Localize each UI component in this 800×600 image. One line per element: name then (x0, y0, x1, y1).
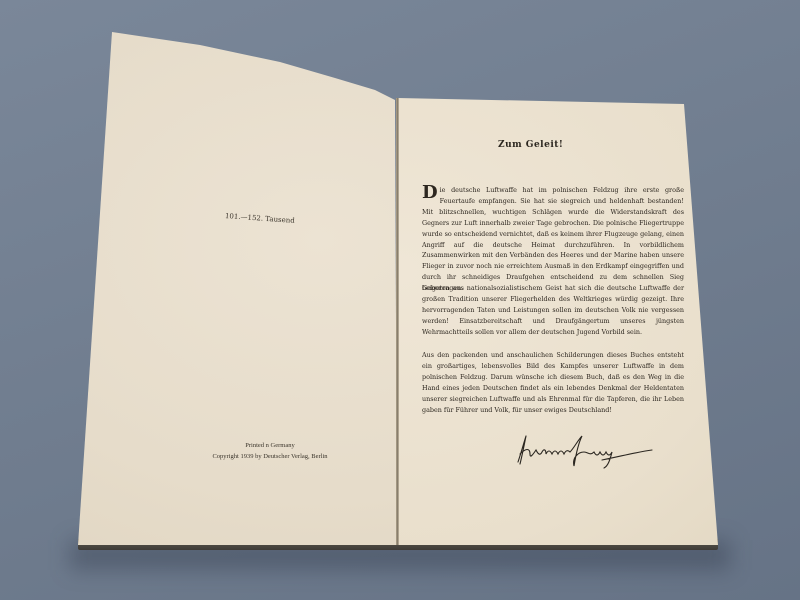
paragraph-text: Geboren aus nationalsozialistischem Geis… (422, 284, 684, 336)
paragraph-text: Aus den packenden und anschaulichen Schi… (422, 351, 684, 414)
page-heading: Zum Geleit! (498, 140, 563, 150)
paragraph-1: Die deutsche Luftwaffe hat im polnischen… (422, 185, 684, 294)
book-gutter (396, 98, 399, 545)
drop-cap: D (422, 185, 438, 201)
paragraph-3: Aus den packenden und anschaulichen Schi… (422, 350, 684, 415)
imprint: Printed n Germany Copyright 1939 by Deut… (180, 440, 360, 462)
paragraph-text: ie deutsche Luftwaffe hat im polnischen … (422, 186, 684, 292)
imprint-printed: Printed n Germany (180, 440, 360, 451)
paragraph-2: Geboren aus nationalsozialistischem Geis… (422, 283, 684, 338)
imprint-copyright: Copyright 1939 by Deutscher Verlag, Berl… (180, 451, 360, 462)
signature-icon (512, 430, 662, 470)
